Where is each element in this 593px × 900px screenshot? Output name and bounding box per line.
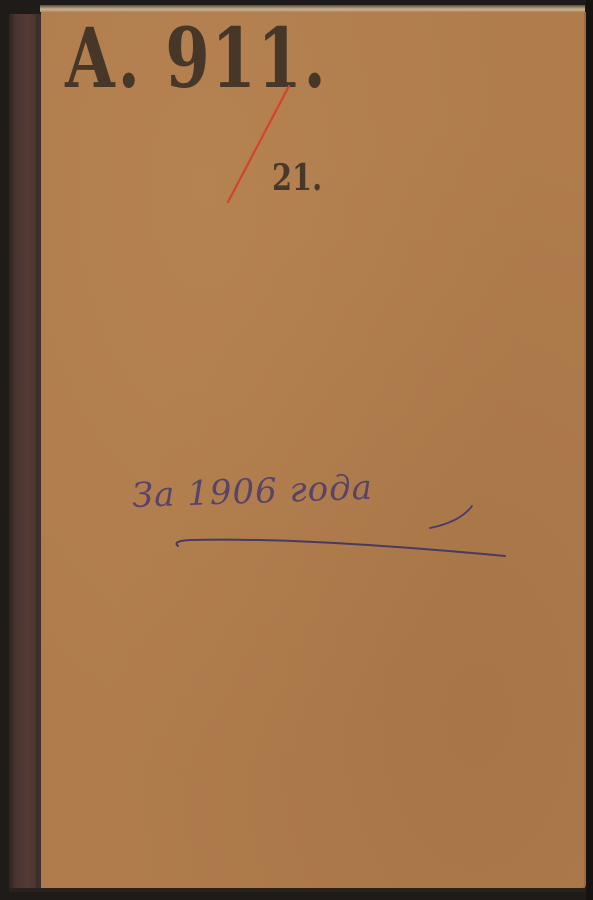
handwritten-underline [0,0,593,900]
